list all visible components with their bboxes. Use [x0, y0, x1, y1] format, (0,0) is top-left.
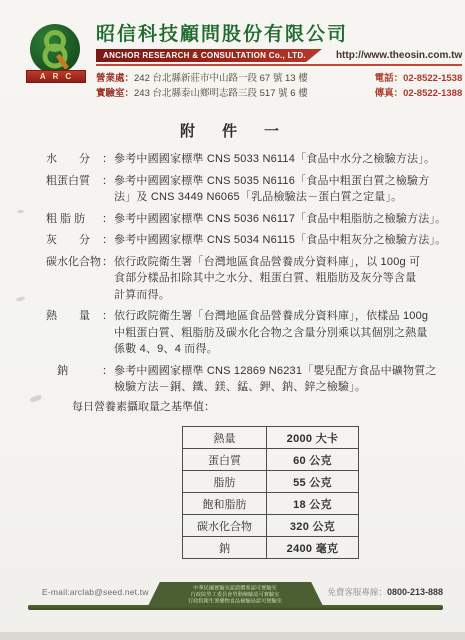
company-name-en-banner: ANCHOR RESEARCH & CONSULTATION Co., LTD.	[96, 49, 322, 62]
banner-row: ANCHOR RESEARCH & CONSULTATION Co., LTD.…	[96, 49, 462, 66]
contact-block: 電話：02-8522-1538 傳真：02-8522-1388	[375, 71, 463, 101]
method-text: 參考中國國家標準 CNS 5035 N6116「食品中粗蛋白質之檢驗方法」及 C…	[114, 173, 450, 206]
table-row: 鈉2400 毫克	[183, 537, 359, 559]
hotline-label: 免費客服專線：	[327, 587, 387, 597]
method-colon: ：	[102, 151, 113, 168]
method-item: 粗蛋白質：參考中國國家標準 CNS 5035 N6116「食品中粗蛋白質之檢驗方…	[46, 173, 450, 206]
table-row: 碳水化合物320 公克	[183, 515, 359, 537]
company-website: http://www.theosin.com.tw	[336, 50, 462, 61]
method-colon: ：	[102, 211, 113, 228]
letterhead-text: 昭信科技顧問股份有限公司 ANCHOR RESEARCH & CONSULTAT…	[88, 24, 462, 101]
method-text-line: 檢驗方法－銅、鐵、鎂、錳、鉀、鈉、鋅之檢驗」。	[114, 379, 450, 396]
method-text-line: 參考中國國家標準 CNS 12869 N6231「嬰兒配方食品中礦物質之	[114, 363, 450, 380]
scan-speck	[17, 210, 24, 213]
method-text-line: 中粗蛋白質、粗脂肪及碳水化合物之含量分別乘以其個別之熱量	[114, 325, 450, 342]
office-address-label: 營業處：	[96, 73, 134, 84]
method-colon: ：	[102, 363, 113, 396]
footer-email: E-mail:arclab@seed.net.tw	[42, 587, 149, 597]
nutrient-value-cell: 55 公克	[267, 471, 359, 493]
nutrient-name-cell: 蛋白質	[183, 449, 267, 471]
method-text: 參考中國國家標準 CNS 5033 N6114「食品中水分之檢驗方法」。	[114, 151, 450, 168]
arc-ribbon-label: ARC	[26, 70, 86, 83]
method-text-line: 參考中國國家標準 CNS 5035 N6116「食品中粗蛋白質之檢驗方	[114, 173, 450, 190]
accreditation-line: 行政院衛生署藥物食品檢驗局認可實驗室	[189, 598, 283, 604]
letterhead: ARC 昭信科技顧問股份有限公司 ANCHOR RESEARCH & CONSU…	[26, 24, 447, 101]
phone-number: 02-8522-1538	[403, 73, 462, 84]
nutrient-value-cell: 2400 毫克	[267, 537, 359, 559]
phone-line: 電話：02-8522-1538	[375, 71, 463, 86]
accreditation-badge-lines: 中華民國實驗室認證體系認可實驗室行政院勞工委員會勞動檢驗認可實驗室行政院衛生署藥…	[189, 585, 283, 604]
address-contact-row: 營業處：242 台北縣新莊市中山路一段 67 號 13 樓 實驗室：243 台北…	[96, 71, 462, 101]
method-text-line: 食部分樣品扣除其中之水分、粗蛋白質、粗脂肪及灰分等含量	[114, 270, 450, 287]
method-label: 粗 脂 肪	[46, 211, 102, 228]
method-colon: ：	[102, 173, 113, 206]
table-row: 飽和脂肪18 公克	[183, 493, 359, 515]
method-text: 參考中國國家標準 CNS 5034 N6115「食品中粗灰分之檢驗方法」。	[114, 232, 450, 249]
method-label: 水 分	[46, 151, 102, 168]
method-label: 粗蛋白質	[46, 173, 102, 206]
company-name-zh: 昭信科技顧問股份有限公司	[96, 24, 462, 46]
accreditation-badge: 中華民國實驗室認證體系認可實驗室行政院勞工委員會勞動檢驗認可實驗室行政院衛生署藥…	[148, 582, 324, 607]
method-text-line: 依行政院衛生署「台灣地區食品營養成分資料庫」，依樣品 100g	[114, 308, 450, 325]
page-footer: E-mail:arclab@seed.net.tw 中華民國實驗室認證體系認可實…	[28, 578, 443, 612]
scan-speck	[16, 296, 26, 302]
footer-hotline: 免費客服專線：0800-213-888	[327, 586, 443, 598]
method-text: 依行政院衛生署「台灣地區食品營養成分資料庫」，以 100g 可食部分樣品扣除其中…	[114, 254, 450, 304]
lab-address: 實驗室：243 台北縣泰山鄉明志路三段 517 號 6 樓	[96, 86, 308, 101]
nutrient-value-cell: 320 公克	[267, 515, 359, 537]
nutrient-value-cell: 2000 大卡	[267, 427, 359, 449]
scan-edge	[0, 632, 465, 640]
scanned-document-page: ARC 昭信科技顧問股份有限公司 ANCHOR RESEARCH & CONSU…	[0, 0, 465, 640]
table-row: 熱量2000 大卡	[183, 427, 359, 449]
method-item: 粗 脂 肪：參考中國國家標準 CNS 5036 N6117「食品中粗脂肪之檢驗方…	[46, 211, 450, 228]
method-text: 參考中國國家標準 CNS 12869 N6231「嬰兒配方食品中礦物質之檢驗方法…	[114, 363, 450, 396]
office-address: 營業處：242 台北縣新莊市中山路一段 67 號 13 樓	[96, 71, 308, 86]
method-text-line: 依行政院衛生署「台灣地區食品營養成分資料庫」，以 100g 可	[114, 254, 450, 271]
method-label: 碳水化合物	[46, 254, 102, 304]
hotline-number: 0800-213-888	[387, 587, 443, 597]
method-text: 依行政院衛生署「台灣地區食品營養成分資料庫」，依樣品 100g中粗蛋白質、粗脂肪…	[114, 308, 450, 358]
method-text-line: 係數 4、9、4 而得。	[114, 341, 450, 358]
method-item: 灰 分：參考中國國家標準 CNS 5034 N6115「食品中粗灰分之檢驗方法」…	[46, 232, 450, 249]
table-row: 蛋白質60 公克	[183, 449, 359, 471]
method-text: 參考中國國家標準 CNS 5036 N6117「食品中粗脂肪之檢驗方法」。	[114, 211, 450, 228]
table-row: 脂肪55 公克	[183, 471, 359, 493]
arc-logo-icon	[30, 24, 80, 74]
phone-label: 電話：	[375, 73, 404, 84]
lab-address-label: 實驗室：	[96, 88, 134, 99]
company-logo: ARC	[26, 24, 88, 90]
nutrient-name-cell: 飽和脂肪	[183, 493, 267, 515]
method-item: 鈉 ：參考中國國家標準 CNS 12869 N6231「嬰兒配方食品中礦物質之檢…	[46, 363, 450, 396]
method-text-line: 參考中國國家標準 CNS 5036 N6117「食品中粗脂肪之檢驗方法」。	[114, 211, 450, 228]
method-colon: ：	[102, 232, 113, 249]
method-label: 鈉	[46, 363, 102, 396]
nutrient-name-cell: 鈉	[183, 537, 267, 559]
nutrient-name-cell: 熱量	[183, 427, 267, 449]
method-label: 熱 量	[46, 308, 102, 358]
office-address-value: 242 台北縣新莊市中山路一段 67 號 13 樓	[134, 73, 308, 84]
fax-number: 02-8522-1388	[403, 88, 462, 99]
address-block: 營業處：242 台北縣新莊市中山路一段 67 號 13 樓 實驗室：243 台北…	[96, 71, 308, 101]
nutrient-name-cell: 碳水化合物	[183, 515, 267, 537]
nutrient-table: 熱量2000 大卡蛋白質60 公克脂肪55 公克飽和脂肪18 公克碳水化合物32…	[182, 426, 359, 559]
method-text-line: 參考中國國家標準 CNS 5033 N6114「食品中水分之檢驗方法」。	[114, 151, 450, 168]
scan-speck	[30, 394, 43, 403]
attachment-title: 附 件 一	[0, 120, 465, 141]
fax-label: 傳真：	[375, 88, 404, 99]
methods-list: 水 分：參考中國國家標準 CNS 5033 N6114「食品中水分之檢驗方法」。…	[46, 151, 450, 401]
method-text-line: 參考中國國家標準 CNS 5034 N6115「食品中粗灰分之檢驗方法」。	[114, 232, 450, 249]
method-text-line: 法」及 CNS 3449 N6065「乳品檢驗法－蛋白質之定量」。	[114, 189, 450, 206]
nutrient-table-body: 熱量2000 大卡蛋白質60 公克脂肪55 公克飽和脂肪18 公克碳水化合物32…	[183, 427, 359, 559]
method-label: 灰 分	[46, 232, 102, 249]
method-item: 熱 量：依行政院衛生署「台灣地區食品營養成分資料庫」，依樣品 100g中粗蛋白質…	[46, 308, 450, 358]
lab-address-value: 243 台北縣泰山鄉明志路三段 517 號 6 樓	[134, 88, 308, 99]
logo-eight-glyph	[30, 24, 80, 74]
method-colon: ：	[102, 254, 113, 304]
method-item: 水 分：參考中國國家標準 CNS 5033 N6114「食品中水分之檢驗方法」。	[46, 151, 450, 168]
method-text-line: 計算而得。	[114, 287, 450, 304]
method-item: 碳水化合物：依行政院衛生署「台灣地區食品營養成分資料庫」，以 100g 可食部分…	[46, 254, 450, 304]
method-colon: ：	[102, 308, 113, 358]
nutrient-value-cell: 60 公克	[267, 449, 359, 471]
nutrient-value-cell: 18 公克	[267, 493, 359, 515]
fax-line: 傳真：02-8522-1388	[375, 86, 463, 101]
nutrient-name-cell: 脂肪	[183, 471, 267, 493]
daily-intake-heading: 每日營養素攝取量之基準值：	[72, 398, 215, 414]
